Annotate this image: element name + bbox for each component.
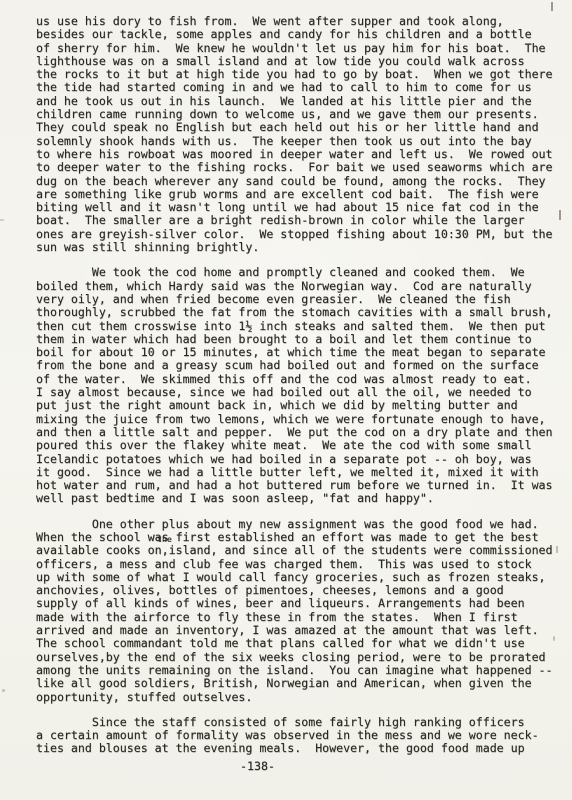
document-page: us use his dory to fish from. We went af… xyxy=(0,0,572,800)
paragraph-4: Since the staff consisted of some fairly… xyxy=(36,716,566,756)
scan-artifact-tick-top-right xyxy=(551,2,553,11)
scan-artifact-tick-right-upper xyxy=(559,210,561,220)
paragraph-2: We took the cod home and promptly cleane… xyxy=(36,266,566,505)
scan-artifact-dash-left-upper xyxy=(0,219,4,221)
page-number: -138- xyxy=(240,760,275,773)
scan-artifact-tick-right-mid xyxy=(556,546,558,553)
body-text: us use his dory to fish from. We went af… xyxy=(36,15,566,768)
scan-artifact-dot-left-lower xyxy=(2,689,5,692)
scan-artifact-mark-right-lower xyxy=(553,636,555,641)
typed-insertion-the: the xyxy=(157,536,172,544)
paragraph-1: us use his dory to fish from. We went af… xyxy=(36,15,566,254)
paragraph-3: One other plus about my new assignment w… xyxy=(36,518,566,704)
